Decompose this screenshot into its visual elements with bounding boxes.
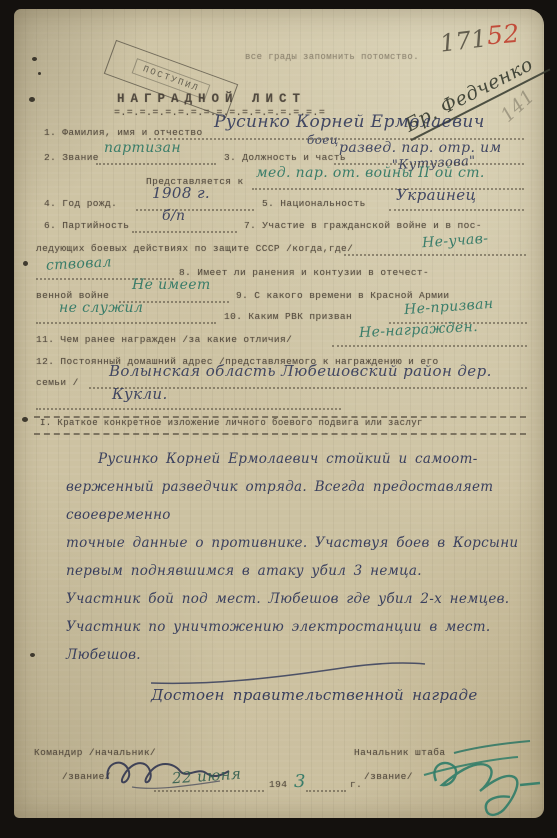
- field-party-label: 6. Партийность: [44, 220, 129, 231]
- field-civilwar-value-1: Не-учав-: [422, 231, 489, 252]
- document-title: НАГРАДНОЙ ЛИСТ: [117, 92, 306, 106]
- page-number-pencil: 171: [438, 24, 488, 58]
- field-civilwar-label-2: ледующих боевых действиях по защите СССР…: [36, 243, 353, 254]
- citation-line: Участник бой под мест. Любешов где убил …: [66, 585, 528, 613]
- paper-speck: [30, 653, 35, 657]
- received-stamp: ПОСТУПИЛ: [104, 40, 238, 118]
- dotted-leader: [96, 160, 216, 165]
- field-address-value-2: Кукли.: [112, 385, 168, 403]
- document-scan: все грады запомнить потомство. 171 52 14…: [0, 0, 557, 838]
- field-nationality-value: Украинец: [396, 186, 476, 204]
- dotted-leader: [306, 787, 346, 792]
- field-address-value: Волынская область Любешовский район дер.: [109, 362, 492, 380]
- paper-speck: [23, 261, 28, 266]
- dotted-leader: [132, 228, 237, 233]
- paper-speck: [38, 72, 41, 75]
- citation-line: точные данные о противнике. Участвуя бое…: [66, 529, 528, 557]
- date-year-typed: 194: [269, 779, 287, 790]
- award-sheet-page: все грады запомнить потомство. 171 52 14…: [14, 9, 544, 818]
- date-year-digit: 3: [294, 771, 306, 792]
- field-birthyear-label: 4. Год рожд.: [44, 198, 117, 209]
- carbon-copy-line: все грады запомнить потомство.: [245, 52, 419, 62]
- dotted-leader: [154, 787, 264, 792]
- field-unit-value-small: боец: [307, 133, 339, 147]
- dotted-leader: [252, 185, 524, 190]
- citation-header: I. Краткое конкретное изложение личного …: [40, 418, 423, 428]
- field-unit-label: 3. Должность и часть: [224, 152, 346, 163]
- paper-speck: [32, 57, 37, 61]
- field-prev-awards-value: Не-награжден.: [359, 319, 479, 341]
- field-unit-value: развед. пар. отр. им: [339, 140, 502, 156]
- rank-label-right: /звание/: [364, 771, 413, 782]
- field-prev-awards-label: 11. Чем ранее награжден /за какие отличи…: [36, 334, 292, 345]
- field-civilwar-label: 7. Участие в гражданской войне и в пос-: [244, 220, 482, 231]
- dotted-leader: [36, 405, 341, 410]
- field-rank-value: партизан: [104, 140, 181, 156]
- field-civilwar-value-2: ствовал: [46, 254, 113, 273]
- citation-line: Русинко Корней Ермолаевич стойкий и само…: [98, 445, 528, 473]
- field-party-value: б/п: [162, 208, 185, 224]
- paper-speck: [22, 417, 28, 422]
- field-nationality-label: 5. Национальность: [262, 198, 366, 209]
- field-rank-label: 2. Звание: [44, 152, 99, 163]
- dotted-leader: [389, 206, 524, 211]
- presented-for-value: мед. пар. от. войны II ой ст.: [256, 165, 485, 181]
- section-rule-bottom: [34, 430, 526, 435]
- chief-of-staff-signature: [422, 751, 552, 831]
- field-wounds-value: Не имеет: [132, 277, 211, 293]
- field-birthyear-value: 1908 г.: [152, 184, 210, 202]
- field-redarmy-label: 9. С какого времени в Красной Армии: [236, 290, 450, 301]
- dotted-leader: [36, 319, 216, 324]
- citation-line: Участник по уничтожению электростанции в…: [66, 613, 528, 641]
- dotted-leader: [344, 251, 526, 256]
- dotted-leader: [136, 206, 254, 211]
- dotted-leader: [332, 342, 527, 347]
- page-number-red: 52: [486, 19, 521, 51]
- field-wounds-label: 8. Имеет ли ранения и контузии в отечест…: [179, 267, 429, 278]
- field-rvk-label: 10. Каким РВК призван: [224, 311, 352, 322]
- paper-speck: [29, 97, 35, 102]
- field-name-value: Русинко Корней Ермолаевич: [214, 112, 485, 132]
- citation-line: верженный разведчик отряда. Всегда предо…: [66, 473, 528, 529]
- field-address-label-2: семьи /: [36, 377, 79, 388]
- citation-line: первым поднявшимся в атаку убил 3 немца.: [66, 557, 528, 585]
- field-redarmy-value: не служил: [59, 300, 143, 316]
- date-suffix: г.: [350, 779, 362, 790]
- ink-flourish: [149, 659, 429, 689]
